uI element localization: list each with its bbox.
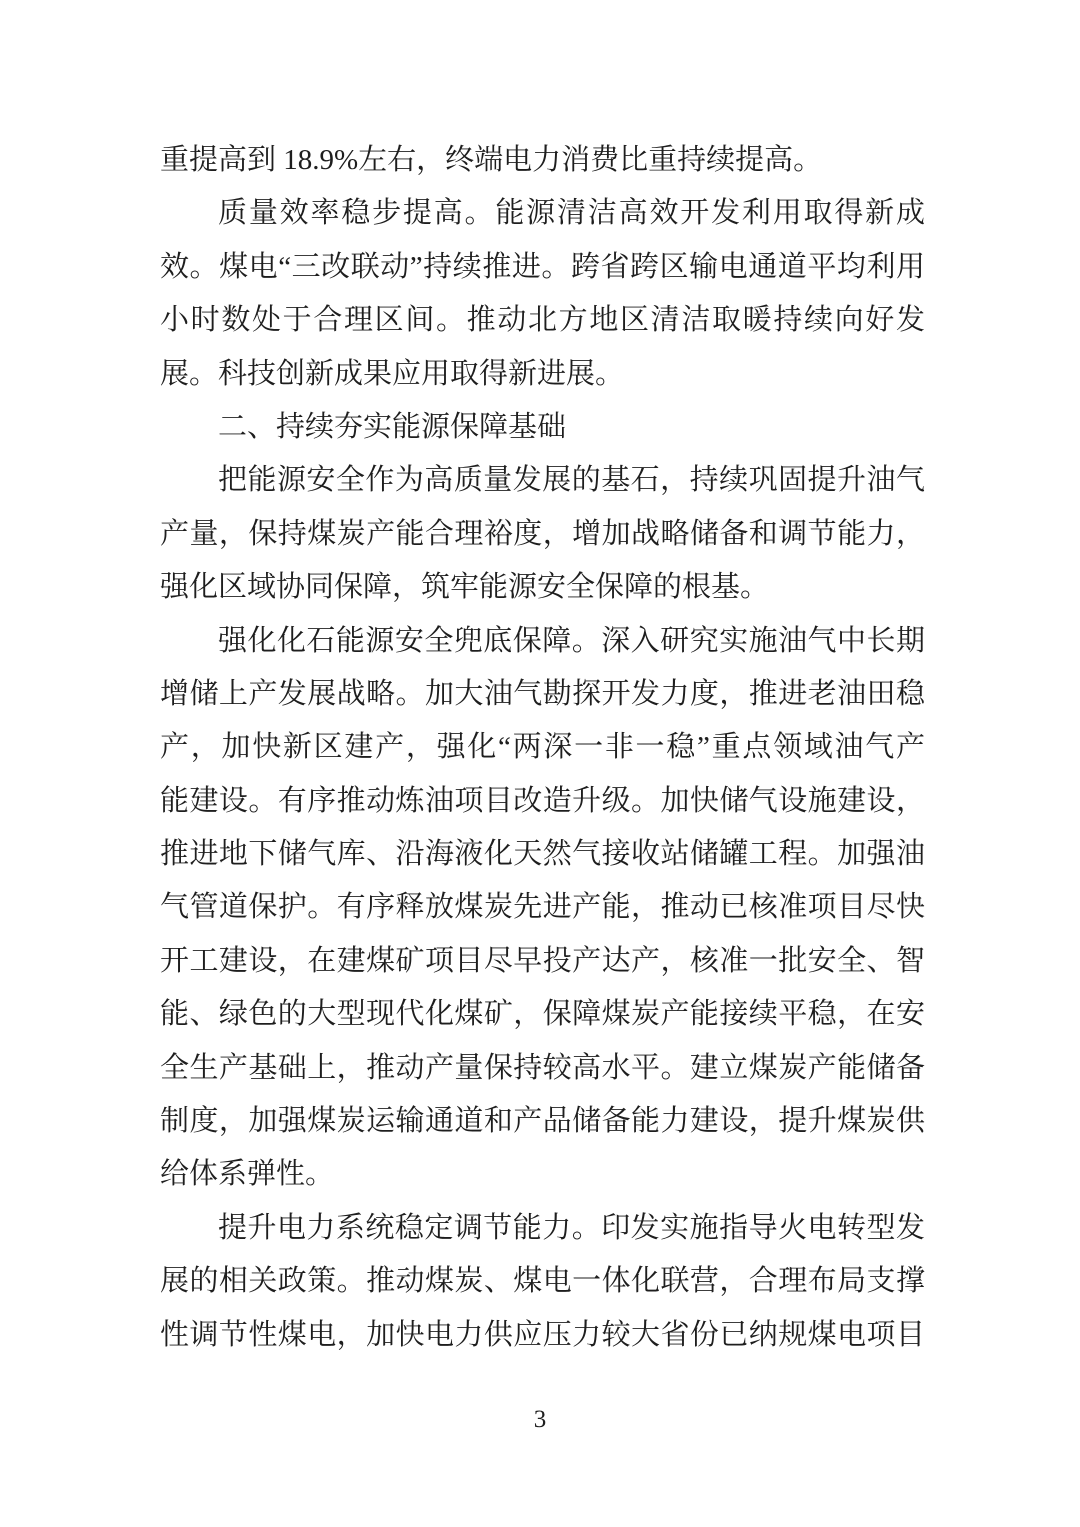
- paragraph: 提升电力系统稳定调节能力。印发实施指导火电转型发展的相关政策。推动煤炭、煤电一体…: [160, 1202, 925, 1362]
- text-line: 重提高到 18.9%左右，终端电力消费比重持续提高。: [160, 134, 925, 187]
- document-text-block: 重提高到 18.9%左右，终端电力消费比重持续提高。质量效率稳步提高。能源清洁高…: [160, 134, 925, 1362]
- text-line: 产量，保持煤炭产能合理裕度，增加战略储备和调节能力，: [160, 508, 925, 561]
- text-line: 强化化石能源安全兜底保障。深入研究实施油气中长期: [160, 615, 925, 668]
- text-line: 提升电力系统稳定调节能力。印发实施指导火电转型发: [160, 1202, 925, 1255]
- text-line: 全生产基础上，推动产量保持较高水平。建立煤炭产能储备: [160, 1042, 925, 1095]
- document-page: 重提高到 18.9%左右，终端电力消费比重持续提高。质量效率稳步提高。能源清洁高…: [0, 0, 1080, 1527]
- text-line: 二、持续夯实能源保障基础: [160, 401, 925, 454]
- paragraph: 强化化石能源安全兜底保障。深入研究实施油气中长期增储上产发展战略。加大油气勘探开…: [160, 615, 925, 1202]
- paragraph: 质量效率稳步提高。能源清洁高效开发利用取得新成效。煤电“三改联动”持续推进。跨省…: [160, 187, 925, 401]
- text-line: 质量效率稳步提高。能源清洁高效开发利用取得新成: [160, 187, 925, 240]
- text-line: 制度，加强煤炭运输通道和产品储备能力建设，提升煤炭供: [160, 1095, 925, 1148]
- text-line: 效。煤电“三改联动”持续推进。跨省跨区输电通道平均利用: [160, 241, 925, 294]
- text-line: 推进地下储气库、沿海液化天然气接收站储罐工程。加强油: [160, 828, 925, 881]
- section-heading: 二、持续夯实能源保障基础: [160, 401, 925, 454]
- text-line: 性调节性煤电，加快电力供应压力较大省份已纳规煤电项目: [160, 1309, 925, 1362]
- text-line: 给体系弹性。: [160, 1148, 925, 1201]
- text-line: 开工建设，在建煤矿项目尽早投产达产，核准一批安全、智: [160, 935, 925, 988]
- text-line: 能、绿色的大型现代化煤矿，保障煤炭产能接续平稳，在安: [160, 988, 925, 1041]
- text-line: 展的相关政策。推动煤炭、煤电一体化联营，合理布局支撑: [160, 1255, 925, 1308]
- page-number: 3: [0, 1404, 1080, 1436]
- text-line: 增储上产发展战略。加大油气勘探开发力度，推进老油田稳: [160, 668, 925, 721]
- paragraph: 把能源安全作为高质量发展的基石，持续巩固提升油气产量，保持煤炭产能合理裕度，增加…: [160, 454, 925, 614]
- text-line: 产，加快新区建产，强化“两深一非一稳”重点领域油气产: [160, 721, 925, 774]
- paragraph: 重提高到 18.9%左右，终端电力消费比重持续提高。: [160, 134, 925, 187]
- text-line: 把能源安全作为高质量发展的基石，持续巩固提升油气: [160, 454, 925, 507]
- text-line: 强化区域协同保障，筑牢能源安全保障的根基。: [160, 561, 925, 614]
- text-line: 小时数处于合理区间。推动北方地区清洁取暖持续向好发: [160, 294, 925, 347]
- text-line: 气管道保护。有序释放煤炭先进产能，推动已核准项目尽快: [160, 881, 925, 934]
- text-line: 展。科技创新成果应用取得新进展。: [160, 348, 925, 401]
- text-line: 能建设。有序推动炼油项目改造升级。加快储气设施建设，: [160, 775, 925, 828]
